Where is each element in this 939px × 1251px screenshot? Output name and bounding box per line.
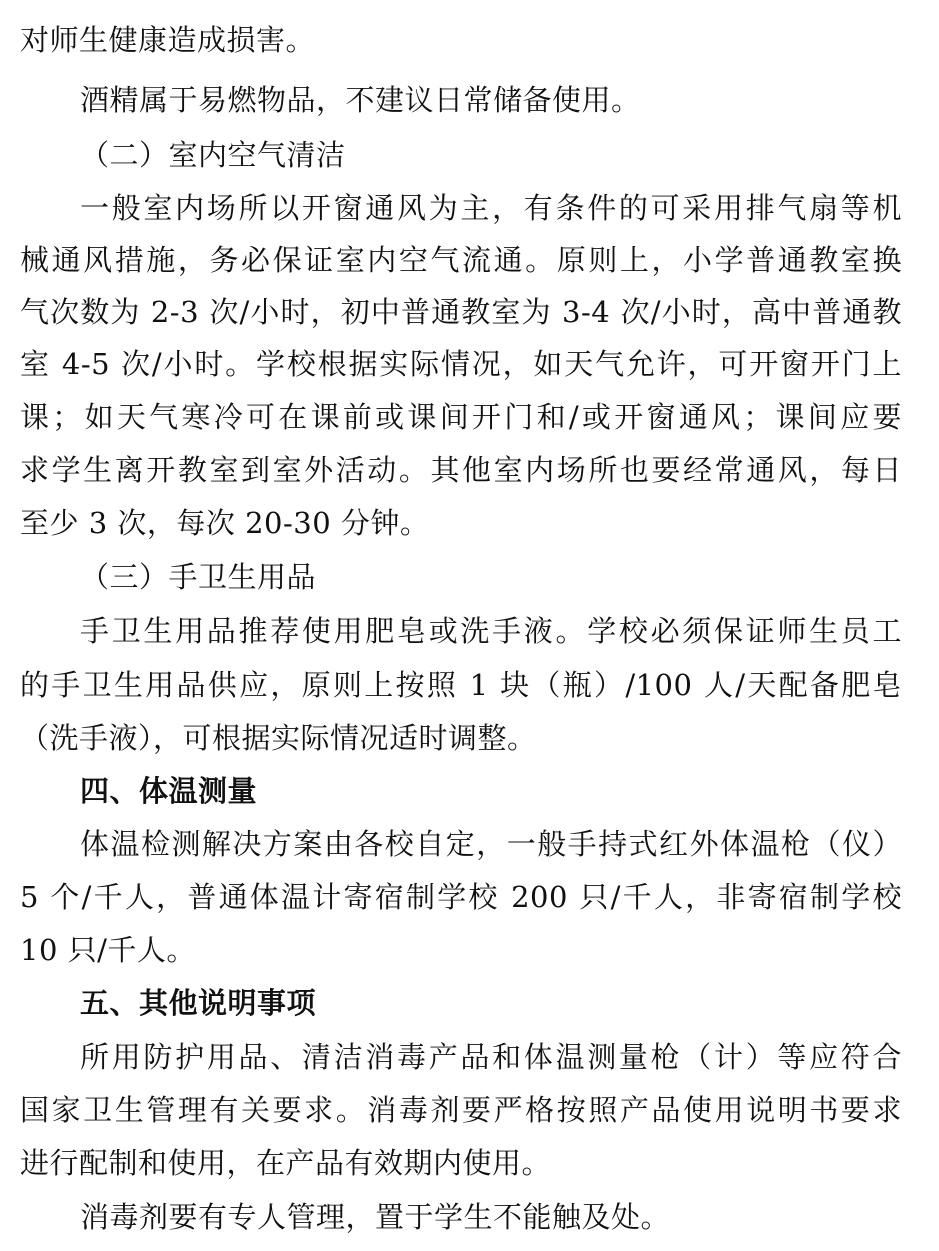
text-line: 课；如天气寒冷可在课前或课间开门和/或开窗通风；课间应要 bbox=[20, 397, 902, 437]
text-line: 室 4-5 次/小时。学校根据实际情况，如天气允许，可开窗开门上 bbox=[20, 344, 902, 384]
text-line: 求学生离开教室到室外活动。其他室内场所也要经常通风，每日 bbox=[20, 450, 902, 490]
text-line: 5 个/千人，普通体温计寄宿制学校 200 只/千人，非寄宿制学校 bbox=[20, 877, 902, 917]
text-line: 手卫生用品推荐使用肥皂或洗手液。学校必须保证师生员工 bbox=[80, 611, 902, 651]
text-line: 酒精属于易燃物品，不建议日常储备使用。 bbox=[80, 80, 641, 120]
text-line: 所用防护用品、清洁消毒产品和体温测量枪（计）等应符合 bbox=[80, 1037, 902, 1077]
text-line: 的手卫生用品供应，原则上按照 1 块（瓶）/100 人/天配备肥皂 bbox=[20, 665, 902, 705]
subsection-heading-indoor-air: （二）室内空气清洁 bbox=[80, 135, 346, 175]
text-line: 消毒剂要有专人管理，置于学生不能触及处。 bbox=[80, 1197, 670, 1237]
section-heading-temperature: 四、体温测量 bbox=[80, 771, 257, 811]
text-line: 械通风措施，务必保证室内空气流通。原则上，小学普通教室换 bbox=[20, 240, 902, 280]
subsection-heading-hand-hygiene: （三）手卫生用品 bbox=[80, 557, 316, 597]
text-line: 进行配制和使用，在产品有效期内使用。 bbox=[20, 1143, 551, 1183]
text-line: 10 只/千人。 bbox=[20, 930, 196, 970]
text-line: 国家卫生管理有关要求。消毒剂要严格按照产品使用说明书要求 bbox=[20, 1090, 902, 1130]
section-heading-other-notes: 五、其他说明事项 bbox=[80, 983, 316, 1023]
text-line: 对师生健康造成损害。 bbox=[20, 20, 315, 60]
text-line: 一般室内场所以开窗通风为主，有条件的可采用排气扇等机 bbox=[80, 188, 902, 228]
text-line: （洗手液），可根据实际情况适时调整。 bbox=[20, 718, 537, 758]
text-line: 体温检测解决方案由各校自定，一般手持式红外体温枪（仪） bbox=[80, 824, 902, 864]
text-line: 气次数为 2-3 次/小时，初中普通教室为 3-4 次/小时，高中普通教 bbox=[20, 292, 902, 332]
text-line: 至少 3 次，每次 20-30 分钟。 bbox=[20, 503, 429, 543]
